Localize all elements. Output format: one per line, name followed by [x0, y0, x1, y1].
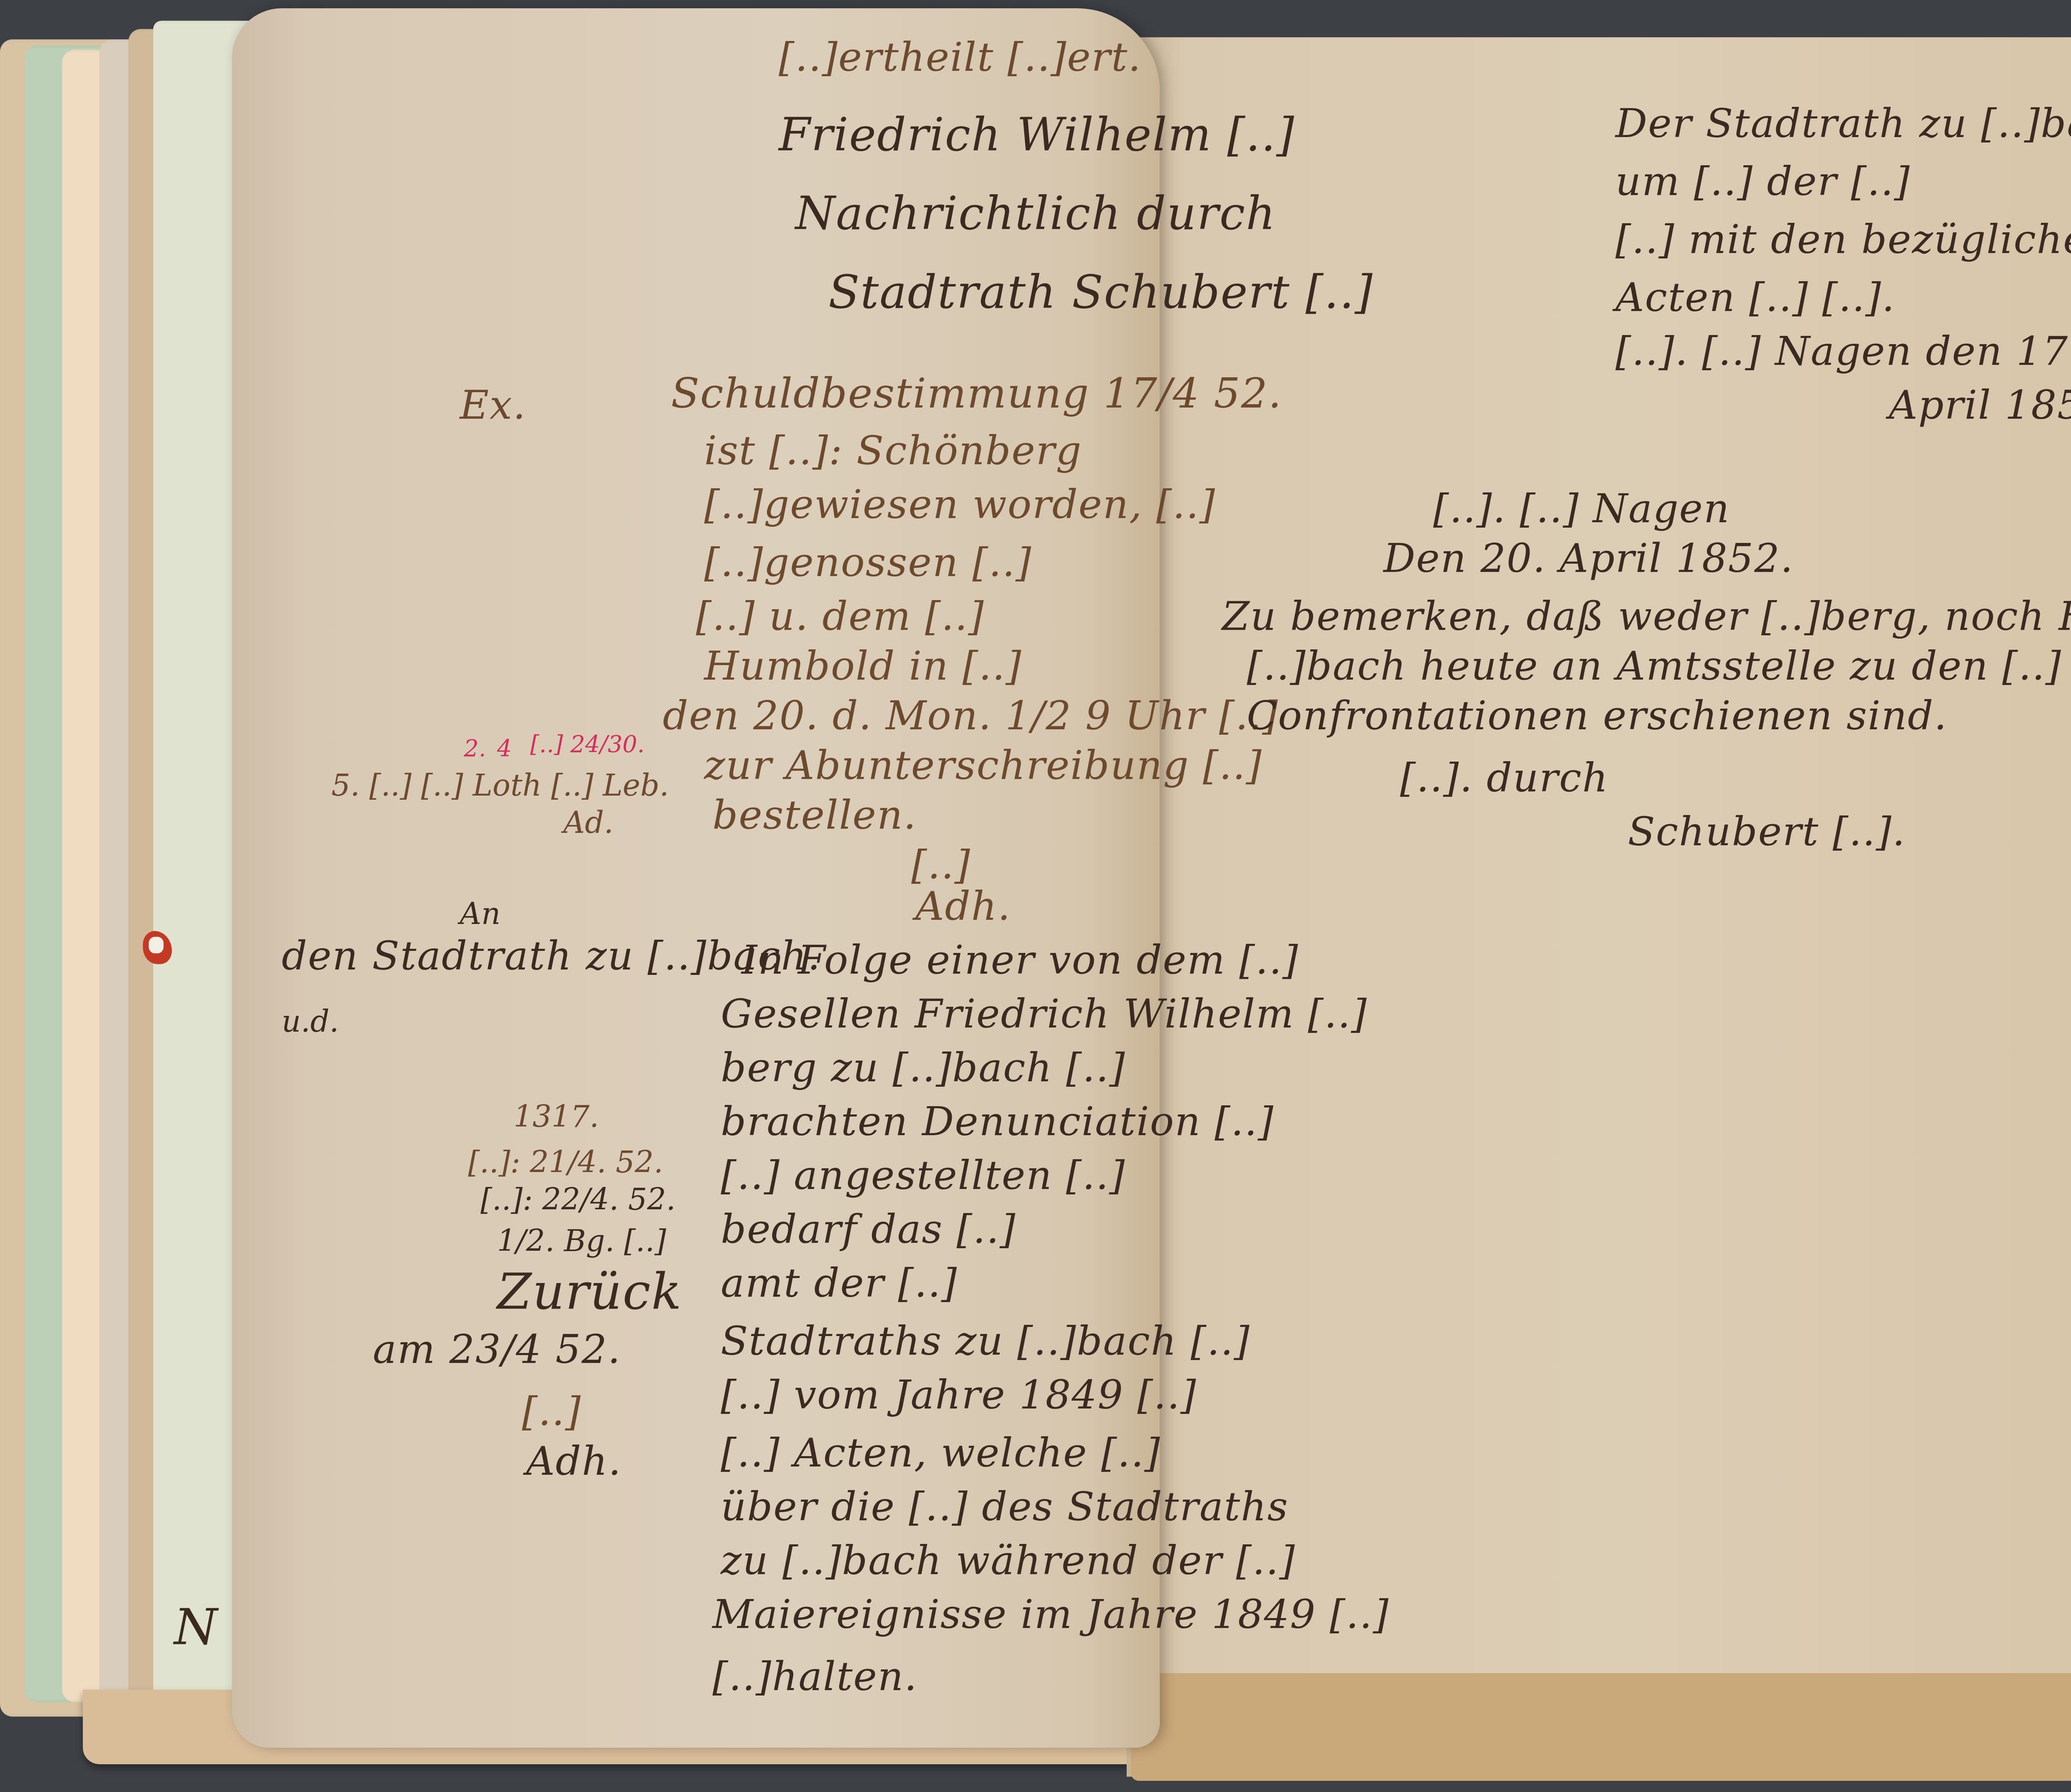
red-pencil-number: 2. [464, 737, 486, 760]
handwritten-line: [..]gewiesen worden, [..] [704, 485, 1216, 524]
handwritten-line: An [460, 899, 500, 929]
handwritten-line: amt der [..] [721, 1263, 958, 1303]
handwritten-line: 5. [..] [..] Loth [..] Leb. [331, 770, 669, 800]
handwritten-line: [..] u. dem [..] [696, 596, 985, 636]
signature: Schubert [..]. [1628, 812, 1906, 851]
handwritten-line: zur Abunterschreibung [..] [704, 745, 1262, 785]
handwritten-line: den 20. d. Mon. 1/2 9 Uhr [..] [663, 696, 1279, 736]
handwritten-line: [..] vom Jahre 1849 [..] [721, 1375, 1197, 1415]
margin-mark: Ex. [460, 385, 526, 425]
handwritten-line: ist [..]: Schönberg [704, 431, 1082, 470]
handwritten-line: Confrontationen erschienen sind. [1247, 696, 1948, 736]
handwritten-line: Stadtraths zu [..]bach [..] [721, 1321, 1250, 1361]
handwritten-line: über die [..] des Stadtraths [721, 1487, 1289, 1527]
handwritten-line: Humbold in [..] [704, 646, 1022, 686]
registry-date: am 23/4 52. [373, 1329, 621, 1369]
handwritten-line: [..]bach heute an Amtsstelle zu den [..] [1247, 646, 2062, 686]
red-pencil-number: [..] 24/30. [530, 733, 644, 756]
handwritten-line: [..]ertheilt [..]ert. [779, 37, 1142, 77]
registry-note: 1/2. Bg. [..] [497, 1226, 666, 1256]
handwritten-line: bestellen. [712, 795, 917, 835]
place-date: [..]. [..] Nagen den 17. [1615, 331, 2071, 371]
signature: Adh. [915, 886, 1011, 926]
registry-date: [..]: 21/4. 52. [468, 1147, 663, 1177]
handwritten-line: zu [..]bach während der [..] [721, 1541, 1296, 1580]
handwritten-line: Zu bemerken, daß weder [..]berg, noch Hu… [1222, 596, 2071, 636]
stub-letter: N [174, 1603, 218, 1652]
handwritten-line: Friedrich Wilhelm [..] [779, 112, 1295, 157]
handwritten-line: Der Stadtrath zu [..]bach [..] [1615, 104, 2071, 143]
place-date: April 1852. [1889, 385, 2071, 425]
red-pencil-number: 4 [497, 737, 512, 760]
handwritten-line: um [..] der [..] [1615, 162, 1910, 201]
handwritten-line: [..]halten. [712, 1657, 917, 1696]
handwritten-line: berg zu [..]bach [..] [721, 1048, 1126, 1088]
entry-heading: [..]. [..] Nagen [1433, 489, 1730, 528]
signature: Adh. [526, 1441, 622, 1481]
handwritten-line: u.d. [282, 1006, 339, 1036]
handwritten-line: [..] mit den bezüglichen [1615, 219, 2071, 259]
signature: [..] [522, 1392, 582, 1431]
handwritten-line: Acten [..] [..]. [1615, 277, 1895, 317]
handwritten-line: Maiereignisse im Jahre 1849 [..] [712, 1594, 1389, 1634]
handwritten-line: Stadtrath Schubert [..] [828, 269, 1373, 315]
handwritten-line: bedarf das [..] [721, 1209, 1016, 1249]
registry-note: Zurück [497, 1267, 682, 1317]
closing: [..]. durch [1400, 758, 1609, 798]
handwritten-line: Nachrichtlich durch [795, 191, 1276, 236]
registry-number: 1317. [514, 1102, 599, 1131]
handwritten-line: [..] Acten, welche [..] [721, 1433, 1161, 1473]
handwritten-line: brachten Denunciation [..] [721, 1102, 1274, 1141]
registry-date: [..]: 22/4. 52. [480, 1184, 676, 1214]
handwritten-line: In Folge einer von dem [..] [741, 940, 1299, 980]
handwritten-line: Schuldbestimmung 17/4 52. [671, 373, 1282, 414]
handwritten-line: [..] angestellten [..] [721, 1155, 1126, 1195]
handwritten-line: [..]genossen [..] [704, 543, 1032, 582]
right-page-bottom-edge [1131, 1673, 2071, 1781]
signature: [..] [911, 845, 971, 885]
recipient: den Stadtrath zu [..]bach. [282, 936, 821, 976]
entry-date: Den 20. April 1852. [1383, 538, 1794, 578]
initials: Ad. [563, 808, 613, 837]
handwritten-line: Gesellen Friedrich Wilhelm [..] [721, 994, 1368, 1034]
